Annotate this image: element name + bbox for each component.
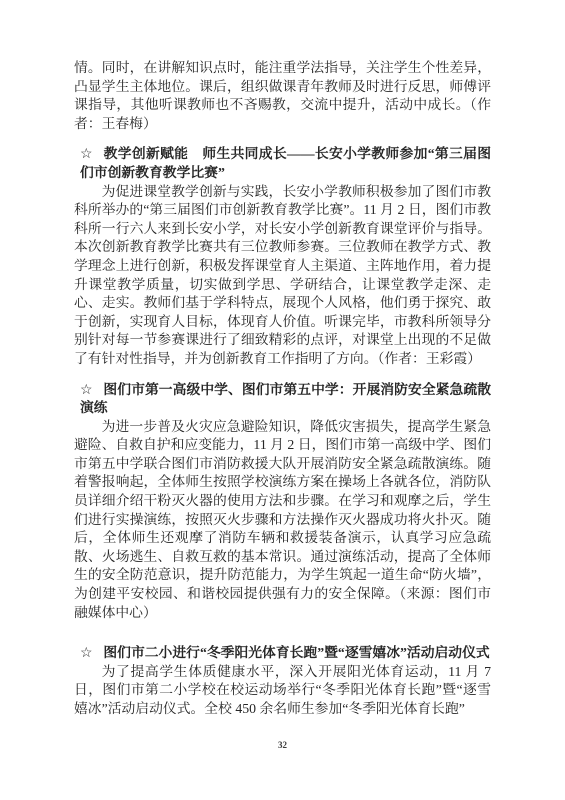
article-body: 为进一步普及火灾应急避险知识，降低灾害损失，提高学生紧急避险、自救自护和应变能力… <box>74 418 491 623</box>
article-fire-drill: ☆图们市第一高级中学、图们市第五中学：开展消防安全紧急疏散演练 为进一步普及火灾… <box>74 381 491 623</box>
article-body: 为了提高学生体质健康水平，深入开展阳光体育运动，11 月 7 日，图们市第二小学… <box>74 663 491 719</box>
article-title-text: 教学创新赋能 师生共同成长——长安小学教师参加“第三届图们市创新教育教学比赛” <box>80 146 491 180</box>
article-body: 为促进课堂教学创新与实践，长安小学教师积极参加了图们市教科所举办的“第三届图们市… <box>74 183 491 369</box>
article-teaching-innovation: ☆教学创新赋能 师生共同成长——长安小学教师参加“第三届图们市创新教育教学比赛”… <box>74 145 491 368</box>
article-title: ☆教学创新赋能 师生共同成长——长安小学教师参加“第三届图们市创新教育教学比赛” <box>74 145 491 182</box>
star-bullet-icon: ☆ <box>80 381 92 400</box>
star-bullet-icon: ☆ <box>80 644 92 663</box>
article-title: ☆图们市第一高级中学、图们市第五中学：开展消防安全紧急疏散演练 <box>74 381 491 418</box>
article-title-text: 图们市二小进行“冬季阳光体育长跑”暨“逐雪嬉冰”活动启动仪式 <box>103 645 489 660</box>
page-content: 情。同时，在讲解知识点时，能注重学法指导，关注学生个性差异，凸显学生主体地位。课… <box>74 59 491 719</box>
article-title-text: 图们市第一高级中学、图们市第五中学：开展消防安全紧急疏散演练 <box>80 382 491 416</box>
page-number: 32 <box>0 740 565 750</box>
article-title: ☆图们市二小进行“冬季阳光体育长跑”暨“逐雪嬉冰”活动启动仪式 <box>74 644 491 663</box>
document-page: 情。同时，在讲解知识点时，能注重学法指导，关注学生个性差异，凸显学生主体地位。课… <box>0 0 565 800</box>
continuation-paragraph: 情。同时，在讲解知识点时，能注重学法指导，关注学生个性差异，凸显学生主体地位。课… <box>74 59 491 133</box>
star-bullet-icon: ☆ <box>80 145 92 164</box>
article-winter-run: ☆图们市二小进行“冬季阳光体育长跑”暨“逐雪嬉冰”活动启动仪式 为了提高学生体质… <box>74 644 491 718</box>
